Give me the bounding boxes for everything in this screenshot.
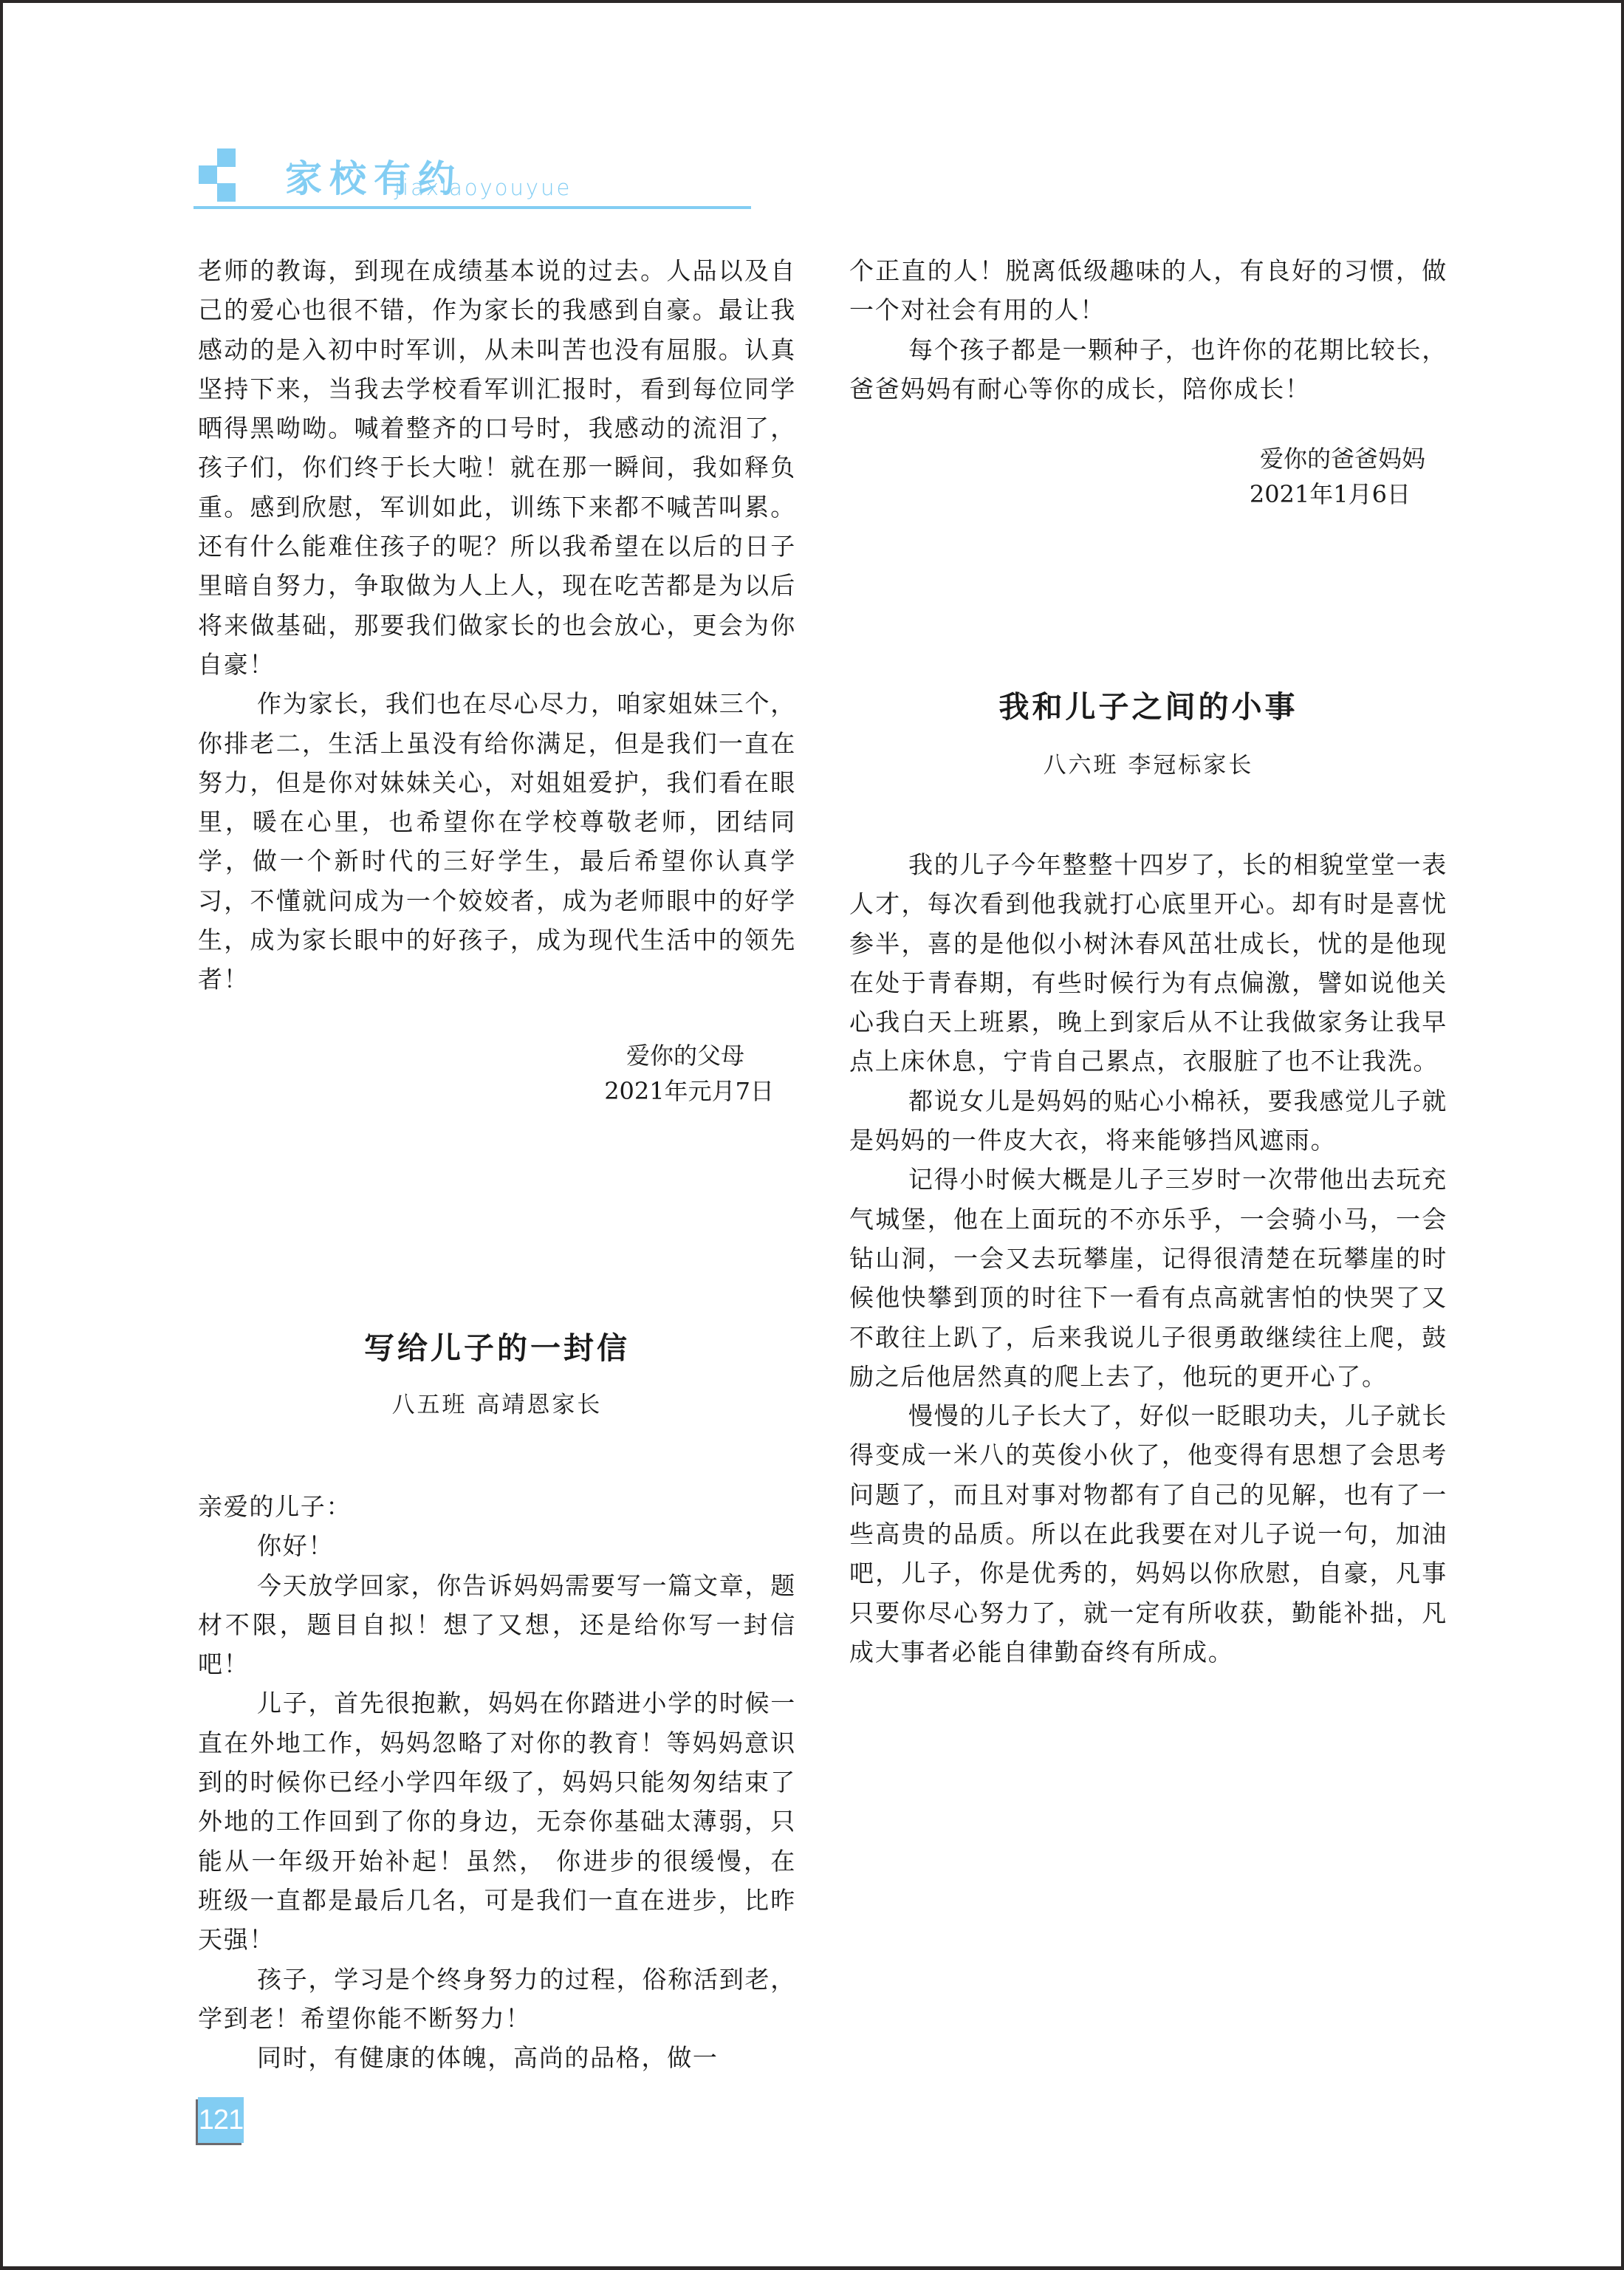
greeting: 你好！ [198,1526,796,1565]
signature: 爱你的爸爸妈妈 [849,441,1447,476]
article-body: 我的儿子今年整整十四岁了，长的相貌堂堂一表人才，每次看到他我就打心底里开心。却有… [849,845,1447,1672]
logo-square-middle [199,165,217,184]
paragraph: 孩子，学习是个终身努力的过程，俗称活到老，学到老！希望你能不断努力！ [198,1960,796,2039]
article-title: 写给儿子的一封信 [198,1324,796,1367]
paragraph: 今天放学回家，你告诉妈妈需要写一篇文章，题材不限，题目自拟！想了又想，还是给你写… [198,1566,796,1684]
paragraph: 作为家长，我们也在尽心尽力，咱家姐妹三个，你排老二，生活上虽没有给你满足，但是我… [198,684,796,999]
section-pinyin: jiaxiaoyouyue [394,174,572,201]
signature: 爱你的父母 [198,1038,796,1073]
paragraph: 儿子，首先很抱歉，妈妈在你踏进小学的时候一直在外地工作，妈妈忽略了对你的教育！等… [198,1683,796,1959]
magazine-page: 家校有约 jiaxiaoyouyue 老师的教诲，到现在成绩基本说的过去。人品以… [3,3,1621,2266]
article-byline: 八六班 李冠标家长 [849,746,1447,779]
left-continued-letter: 老师的教诲，到现在成绩基本说的过去。人品以及自己的爱心也很不错，作为家长的我感到… [198,251,796,1109]
logo-square-top [217,148,236,167]
page-number: 121 [198,2097,244,2143]
paragraph: 慢慢的儿子长大了，好似一眨眼功夫，儿子就长得变成一米八的英俊小伙了，他变得有思想… [849,1396,1447,1672]
paragraph: 记得小时候大概是儿子三岁时一次带他出去玩充气城堡，他在上面玩的不亦乐乎，一会骑小… [849,1160,1447,1396]
paragraph: 我的儿子今年整整十四岁了，长的相貌堂堂一表人才，每次看到他我就打心底里开心。却有… [849,845,1447,1081]
paragraph: 个正直的人！脱离低级趣味的人，有良好的习惯，做一个对社会有用的人！ [849,251,1447,330]
logo-square-bottom [217,183,236,202]
paragraph: 都说女儿是妈妈的贴心小棉袄，要我感觉儿子就是妈妈的一件皮大衣，将来能够挡风遮雨。 [849,1081,1447,1160]
paragraph: 老师的教诲，到现在成绩基本说的过去。人品以及自己的爱心也很不错，作为家长的我感到… [198,251,796,684]
article-byline: 八五班 高靖恩家长 [198,1386,796,1419]
right-continued-letter: 个正直的人！脱离低级趣味的人，有良好的习惯，做一个对社会有用的人！ 每个孩子都是… [849,251,1447,512]
header-divider [193,206,751,209]
paragraph: 同时，有健康的体魄，高尚的品格，做一 [198,2038,796,2077]
signature-date: 2021年元月7日 [198,1073,796,1109]
paragraph: 每个孩子都是一颗种子，也许你的花期比较长，爸爸妈妈有耐心等你的成长，陪你成长！ [849,330,1447,409]
article-title: 我和儿子之间的小事 [849,683,1447,726]
salutation: 亲爱的儿子： [198,1487,796,1526]
letter-body: 亲爱的儿子： 你好！ 今天放学回家，你告诉妈妈需要写一篇文章，题材不限，题目自拟… [198,1487,796,2077]
signature-date: 2021年1月6日 [849,476,1447,512]
